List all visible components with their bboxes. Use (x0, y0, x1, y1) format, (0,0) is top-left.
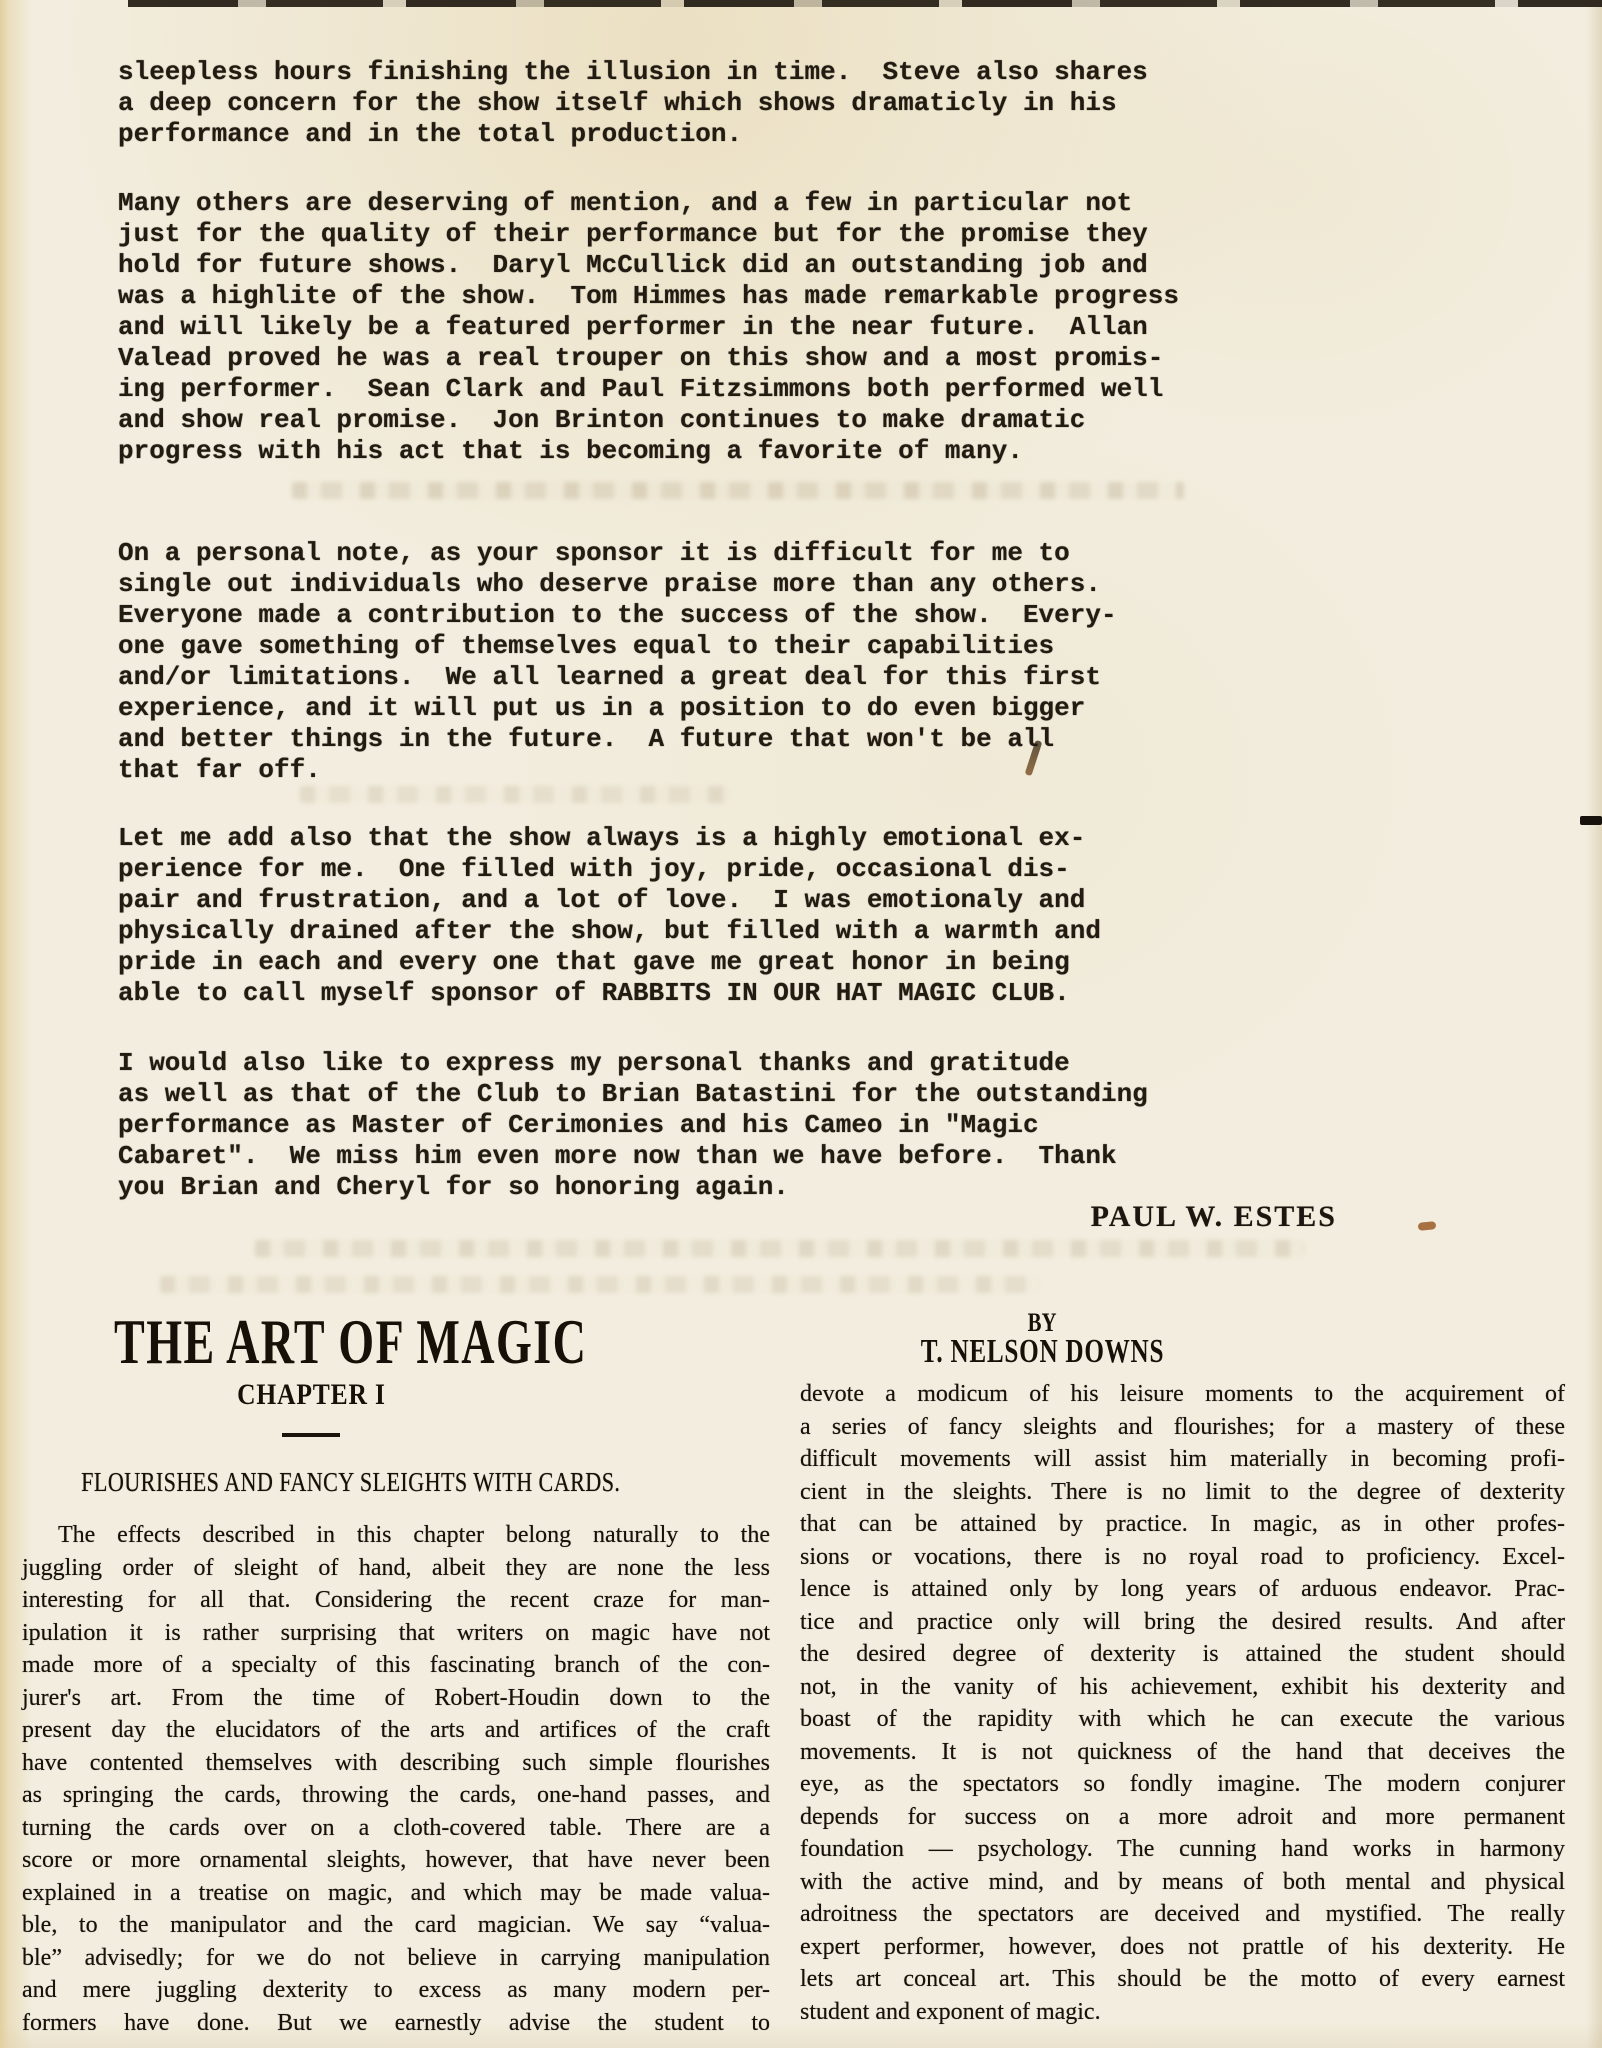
article-left-column: THE ART OF MAGIC CHAPTER I FLOURISHES AN… (22, 1290, 770, 2039)
bleed-through-stain (292, 482, 1184, 499)
author-name: T. NELSON DOWNS (921, 1334, 1164, 1370)
section-heading: FLOURISHES AND FANCY SLEIGHTS WITH CARDS… (81, 1467, 620, 1497)
byline-block: BY T. NELSON DOWNS (800, 1312, 1565, 1370)
byline-label: BY (1028, 1312, 1057, 1334)
section-heading-row: FLOURISHES AND FANCY SLEIGHTS WITH CARDS… (22, 1467, 600, 1497)
signature: PAUL W. ESTES (1091, 1200, 1337, 1234)
typed-paragraph-2: Many others are deserving of mention, an… (118, 188, 1179, 467)
newsletter-page: sleepless hours finishing the illusion i… (0, 0, 1602, 2048)
typed-paragraph-5: I would also like to express my personal… (118, 1048, 1148, 1203)
typed-paragraph-4: Let me add also that the show always is … (118, 823, 1101, 1009)
scan-edge-mark (1580, 816, 1602, 825)
article-body-left: The effects described in this chapter be… (22, 1519, 770, 2039)
article-title-row: THE ART OF MAGIC (22, 1310, 600, 1374)
article-right-column: BY T. NELSON DOWNS devote a modicum of h… (800, 1290, 1565, 2039)
chapter-heading-row: CHAPTER I (22, 1378, 600, 1412)
byline-label-row: BY (800, 1312, 1285, 1334)
article-title-block: THE ART OF MAGIC CHAPTER I FLOURISHES AN… (22, 1310, 770, 1497)
article-title: THE ART OF MAGIC (114, 1310, 587, 1374)
article-body-right-last-line: student and exponent of magic. (800, 1996, 1565, 2029)
article-section: THE ART OF MAGIC CHAPTER I FLOURISHES AN… (22, 1290, 1580, 2039)
brown-dash-stain (1418, 1221, 1437, 1231)
bleed-through-stain (255, 1240, 1305, 1257)
scanned-document: { "typed": { "paragraphs": [ "sleepless … (0, 0, 1602, 2048)
typed-paragraph-3: On a personal note, as your sponsor it i… (118, 538, 1117, 786)
author-name-row: T. NELSON DOWNS (800, 1334, 1285, 1370)
typed-paragraph-1: sleepless hours finishing the illusion i… (118, 57, 1148, 150)
chapter-heading: CHAPTER I (237, 1378, 386, 1412)
scan-edge-artifact (128, 0, 1602, 7)
article-body-right: devote a modicum of his leisure moments … (800, 1378, 1565, 1996)
bleed-through-stain (300, 786, 730, 803)
divider-rule (282, 1433, 340, 1437)
